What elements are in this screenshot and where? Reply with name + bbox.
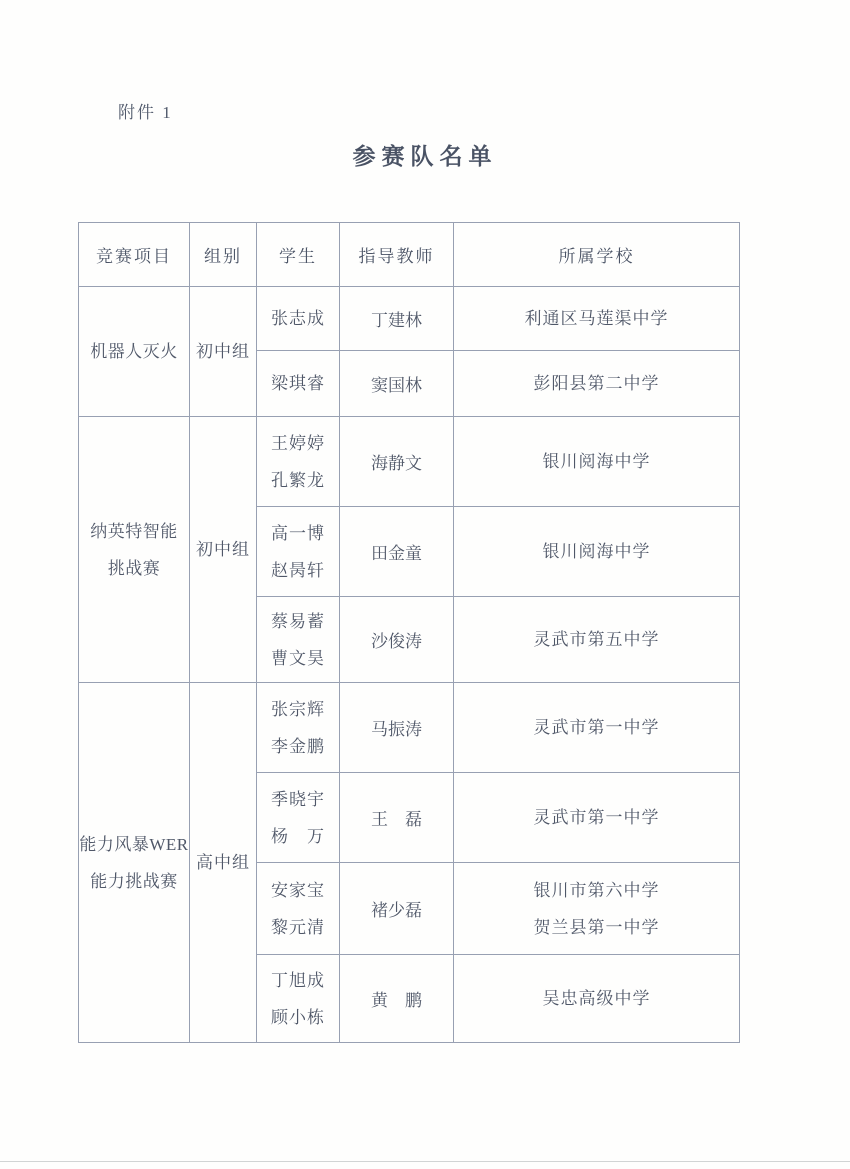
- teacher-cell: 丁建林: [340, 287, 454, 351]
- student-name-line: 杨 万: [257, 818, 339, 855]
- teacher-cell: 田金童: [340, 507, 454, 597]
- table-row: 机器人灭火 初中组 张志成 丁建林 利通区马莲渠中学: [79, 287, 740, 351]
- student-name-line: 蔡易蓄: [257, 603, 339, 640]
- school-cell: 吴忠高级中学: [454, 955, 740, 1043]
- teacher-cell: 黄 鹏: [340, 955, 454, 1043]
- school-cell: 银川阅海中学: [454, 507, 740, 597]
- teacher-cell: 沙俊涛: [340, 597, 454, 683]
- student-name-line: 丁旭成: [257, 962, 339, 999]
- school-cell: 彭阳县第二中学: [454, 351, 740, 417]
- student-name-line: 赵昺轩: [257, 552, 339, 589]
- attachment-label: 附件 1: [118, 98, 173, 123]
- school-cell: 灵武市第五中学: [454, 597, 740, 683]
- scanned-document-page: 附件 1 参赛队名单 竞赛项目 组别 学生 指导教师 所属学校 机器人灭火: [0, 0, 850, 1169]
- column-header-group: 组别: [190, 223, 257, 287]
- school-cell: 灵武市第一中学: [454, 683, 740, 773]
- student-cell: 蔡易蓄 曹文昊: [257, 597, 340, 683]
- teacher-cell: 王 磊: [340, 773, 454, 863]
- teacher-cell: 褚少磊: [340, 863, 454, 955]
- project-cell: 能力风暴WER 能力挑战赛: [79, 683, 190, 1043]
- student-name-line: 顾小栋: [257, 999, 339, 1036]
- teacher-cell: 马振涛: [340, 683, 454, 773]
- school-name-line: 灵武市第一中学: [454, 799, 739, 836]
- group-cell: 初中组: [190, 287, 257, 417]
- school-name-line: 灵武市第五中学: [454, 621, 739, 658]
- project-line: 挑战赛: [79, 550, 189, 587]
- group-cell: 高中组: [190, 683, 257, 1043]
- school-name-line: 灵武市第一中学: [454, 709, 739, 746]
- student-name-line: 张志成: [257, 300, 339, 337]
- student-name-line: 安家宝: [257, 872, 339, 909]
- teacher-cell: 海静文: [340, 417, 454, 507]
- table-row: 纳英特智能 挑战赛 初中组 王婷婷 孔繁龙 海静文 银川阅海中学: [79, 417, 740, 507]
- student-cell: 王婷婷 孔繁龙: [257, 417, 340, 507]
- school-cell: 利通区马莲渠中学: [454, 287, 740, 351]
- student-name-line: 李金鹏: [257, 728, 339, 765]
- column-header-teacher: 指导教师: [340, 223, 454, 287]
- student-cell: 季晓宇 杨 万: [257, 773, 340, 863]
- group-label: 初中组: [190, 531, 256, 568]
- school-name-line: 银川市第六中学: [454, 872, 739, 909]
- group-label: 高中组: [190, 844, 256, 881]
- student-name-line: 黎元清: [257, 909, 339, 946]
- school-name-line: 吴忠高级中学: [454, 980, 739, 1017]
- student-cell: 张志成: [257, 287, 340, 351]
- school-name-line: 贺兰县第一中学: [454, 909, 739, 946]
- school-name-line: 利通区马莲渠中学: [454, 300, 739, 337]
- project-line: 机器人灭火: [79, 333, 189, 370]
- student-name-line: 季晓宇: [257, 781, 339, 818]
- table-row: 能力风暴WER 能力挑战赛 高中组 张宗辉 李金鹏 马振涛 灵武市第一中学: [79, 683, 740, 773]
- student-name-line: 曹文昊: [257, 640, 339, 677]
- participants-table: 竞赛项目 组别 学生 指导教师 所属学校 机器人灭火 初中组 张志成: [78, 222, 740, 1043]
- table-header-row: 竞赛项目 组别 学生 指导教师 所属学校: [79, 223, 740, 287]
- student-name-line: 王婷婷: [257, 425, 339, 462]
- scan-edge-artifact: [0, 1161, 850, 1162]
- student-cell: 梁琪睿: [257, 351, 340, 417]
- teacher-cell: 窦国林: [340, 351, 454, 417]
- page-title: 参赛队名单: [0, 138, 850, 171]
- project-cell: 机器人灭火: [79, 287, 190, 417]
- project-line: 能力风暴WER: [79, 826, 189, 863]
- column-header-student: 学生: [257, 223, 340, 287]
- column-header-school: 所属学校: [454, 223, 740, 287]
- project-cell: 纳英特智能 挑战赛: [79, 417, 190, 683]
- student-cell: 丁旭成 顾小栋: [257, 955, 340, 1043]
- group-cell: 初中组: [190, 417, 257, 683]
- school-cell: 灵武市第一中学: [454, 773, 740, 863]
- school-cell: 银川市第六中学 贺兰县第一中学: [454, 863, 740, 955]
- column-header-project: 竞赛项目: [79, 223, 190, 287]
- student-name-line: 张宗辉: [257, 691, 339, 728]
- student-name-line: 梁琪睿: [257, 365, 339, 402]
- project-line: 纳英特智能: [79, 513, 189, 550]
- student-cell: 安家宝 黎元清: [257, 863, 340, 955]
- school-cell: 银川阅海中学: [454, 417, 740, 507]
- student-name-line: 高一博: [257, 515, 339, 552]
- student-name-line: 孔繁龙: [257, 462, 339, 499]
- school-name-line: 彭阳县第二中学: [454, 365, 739, 402]
- school-name-line: 银川阅海中学: [454, 443, 739, 480]
- group-label: 初中组: [190, 333, 256, 370]
- student-cell: 高一博 赵昺轩: [257, 507, 340, 597]
- student-cell: 张宗辉 李金鹏: [257, 683, 340, 773]
- school-name-line: 银川阅海中学: [454, 533, 739, 570]
- project-line: 能力挑战赛: [79, 863, 189, 900]
